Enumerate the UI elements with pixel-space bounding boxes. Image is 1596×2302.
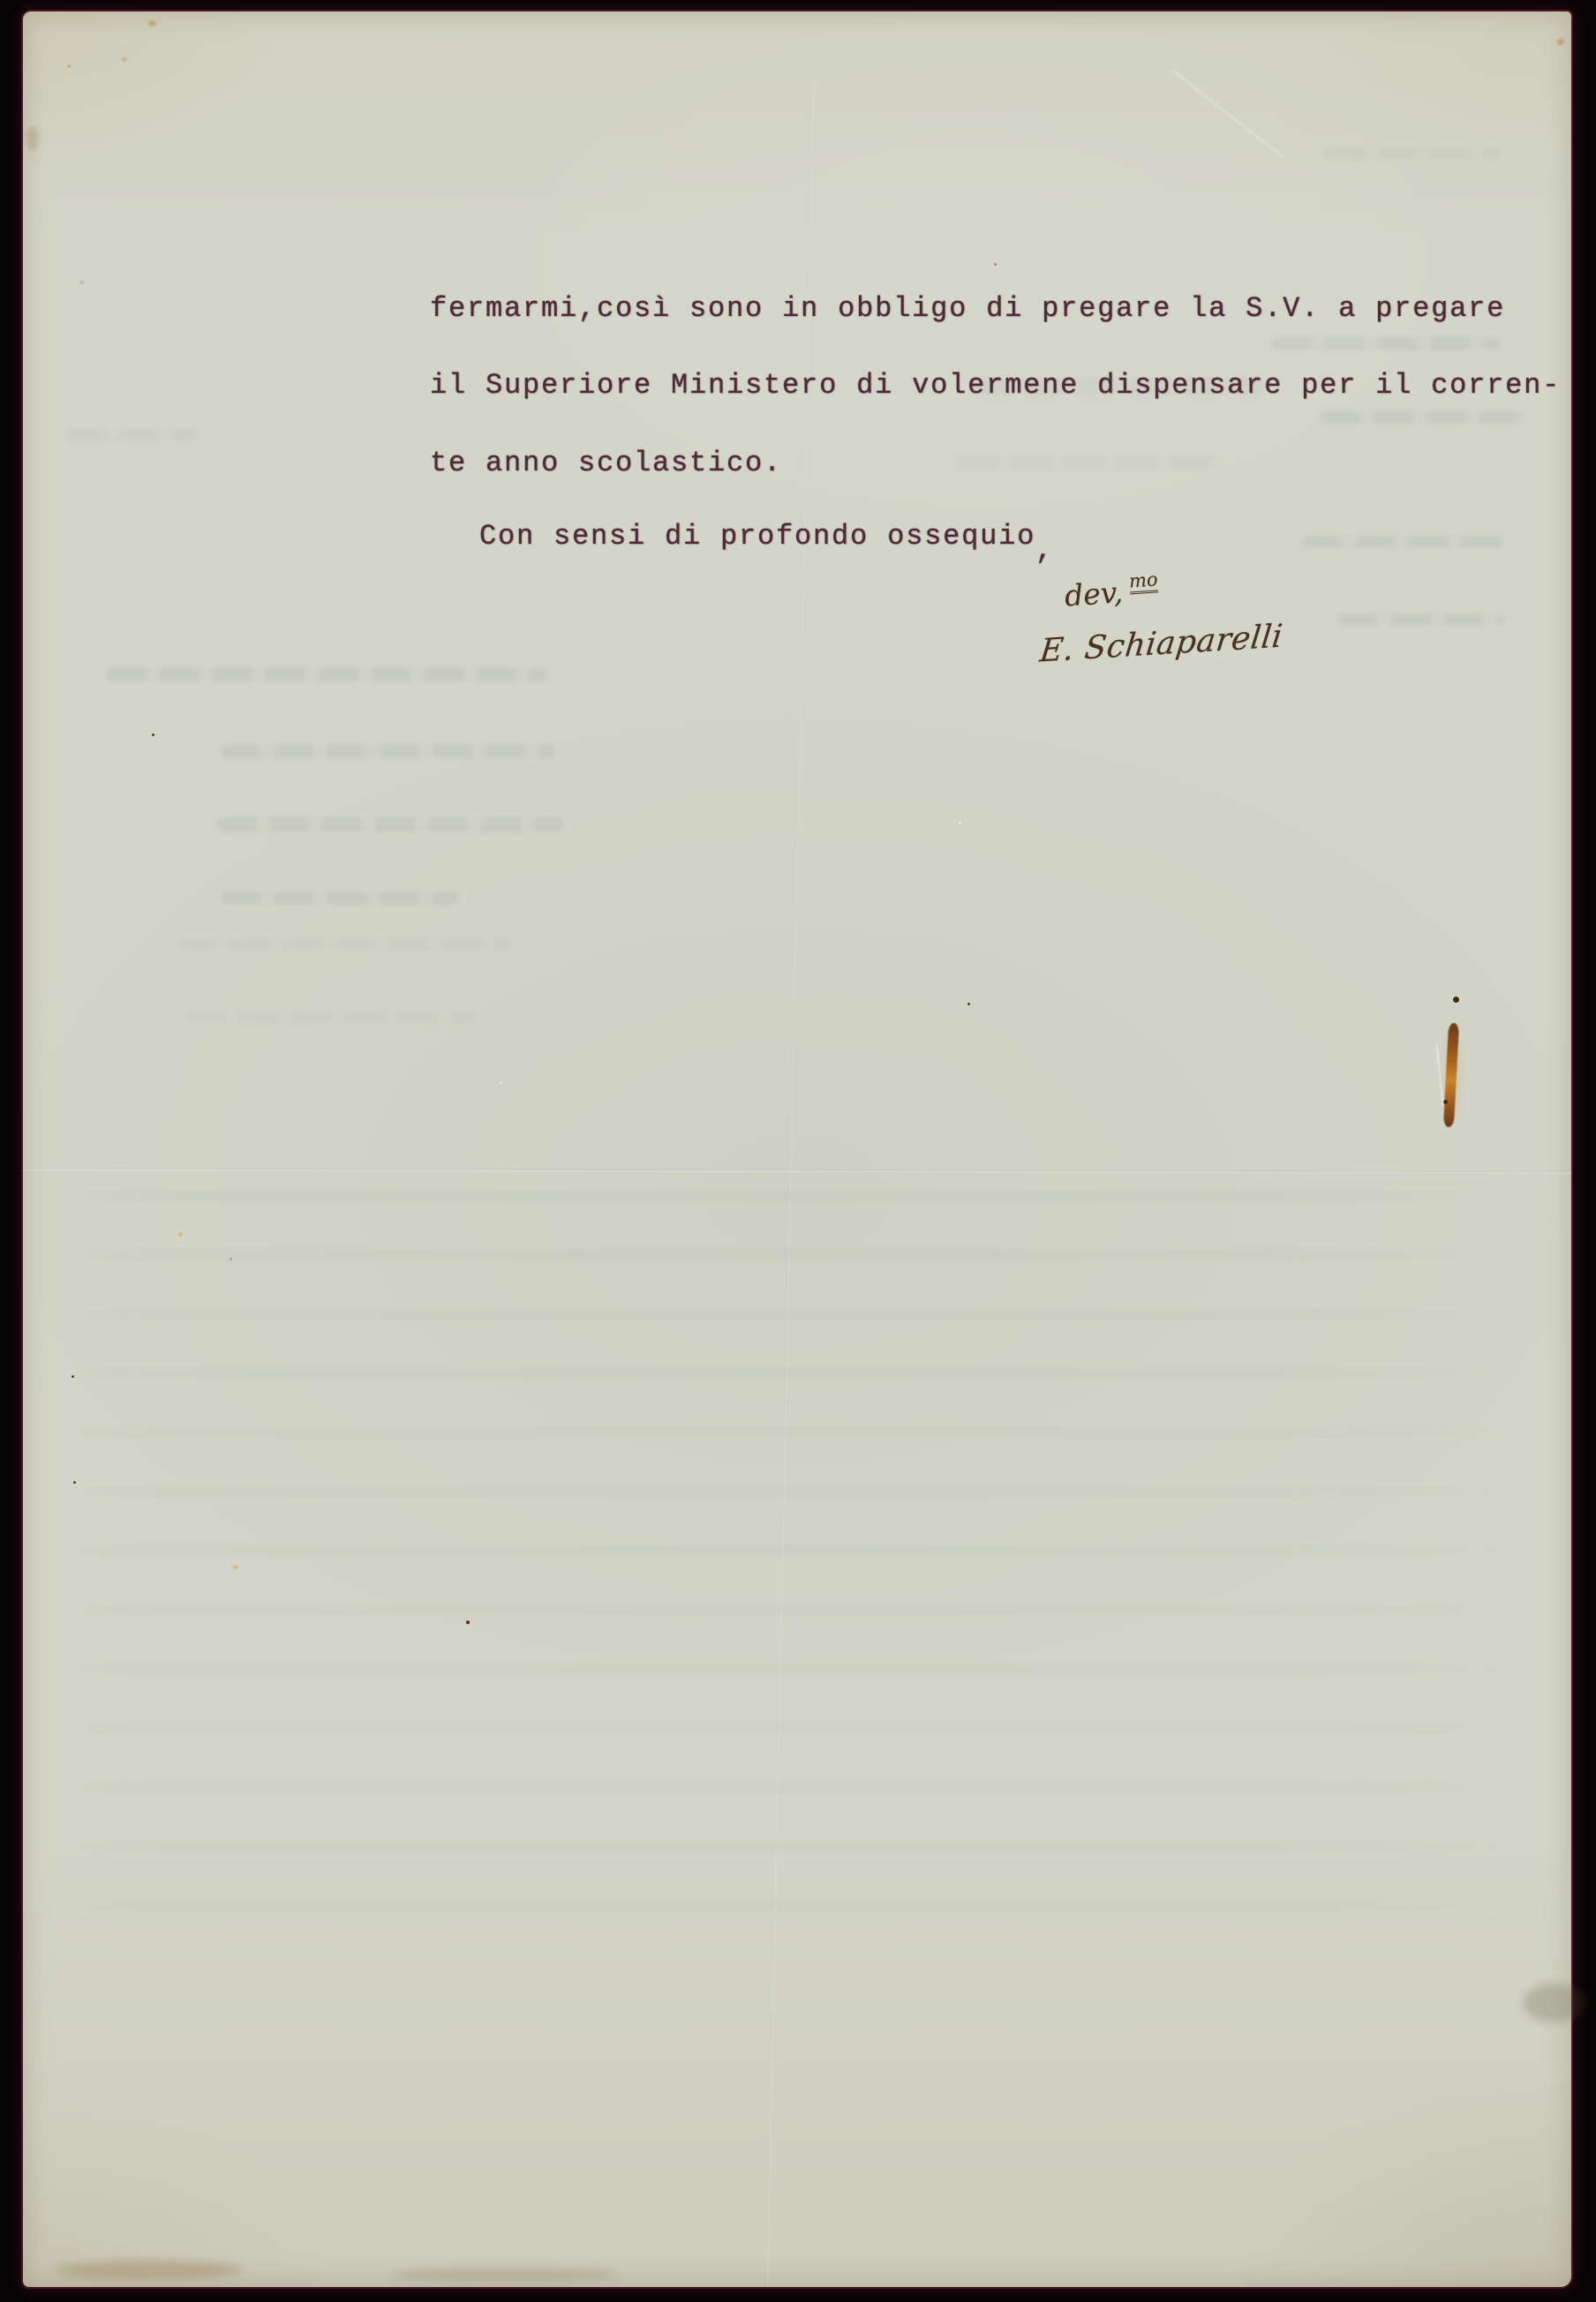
edge-smudge <box>56 2261 242 2280</box>
ink-speck <box>967 1003 970 1005</box>
corner-crease <box>1171 70 1284 158</box>
typed-line: fermarmi,così sono in obbligo di pregare… <box>430 295 1505 323</box>
foxing-spot <box>148 20 156 26</box>
white-speck <box>959 822 961 824</box>
valediction-text: dev, <box>1064 575 1124 613</box>
bleedthrough-smudge <box>958 455 1223 470</box>
valediction-superscript: mo <box>1128 570 1158 594</box>
bleedthrough-smudge <box>221 891 459 905</box>
bleedthrough-smudge <box>106 666 547 681</box>
bleedthrough-smudge <box>1271 337 1501 350</box>
bleedthrough-smudge <box>185 1011 477 1024</box>
bleedthrough-smudge <box>1337 613 1505 625</box>
bleedthrough-smudge <box>216 817 565 832</box>
edge-smudge <box>1524 1983 1585 2022</box>
foxing-spot <box>230 1258 232 1260</box>
foxing-spot <box>67 64 71 68</box>
signature-handwritten: E. Schiaparelli <box>1038 618 1284 669</box>
ink-speck <box>466 1621 470 1624</box>
closing-comma: , <box>1035 537 1054 565</box>
fold-line-horizontal <box>23 1168 1571 1175</box>
foxing-spot <box>122 57 127 62</box>
scan-background: fermarmi,così sono in obbligo di pregare… <box>0 0 1596 2302</box>
foxing-spot <box>26 126 39 151</box>
fold-line-vertical <box>766 82 815 2284</box>
bleedthrough-smudge <box>1324 148 1501 160</box>
ink-speck <box>994 263 997 266</box>
foxing-spot <box>1557 39 1564 45</box>
white-speck <box>500 1081 502 1084</box>
bleedthrough-smudge <box>1320 410 1527 424</box>
valediction-handwritten: dev,mo <box>1064 572 1160 613</box>
letter-page: fermarmi,così sono in obbligo di pregare… <box>23 11 1571 2287</box>
edge-smudge <box>389 2268 619 2282</box>
foxing-spot <box>232 1565 238 1569</box>
foxing-spot <box>79 281 84 284</box>
bleedthrough-smudge <box>1302 536 1505 549</box>
closing-line: Con sensi di profondo ossequio <box>479 523 1035 551</box>
ink-speck <box>152 733 154 736</box>
rust-stain-dot <box>1453 997 1459 1003</box>
ink-speck <box>73 1481 76 1484</box>
bleedthrough-rows <box>49 1190 1550 1914</box>
ink-speck <box>72 1375 74 1378</box>
typed-line: te anno scolastico. <box>430 449 782 478</box>
bleedthrough-smudge <box>221 744 556 759</box>
bleedthrough-smudge <box>66 428 199 441</box>
bleedthrough-smudge <box>177 937 512 951</box>
typed-line: il Superiore Ministero di volermene disp… <box>430 372 1561 400</box>
foxing-spot <box>178 1232 183 1237</box>
